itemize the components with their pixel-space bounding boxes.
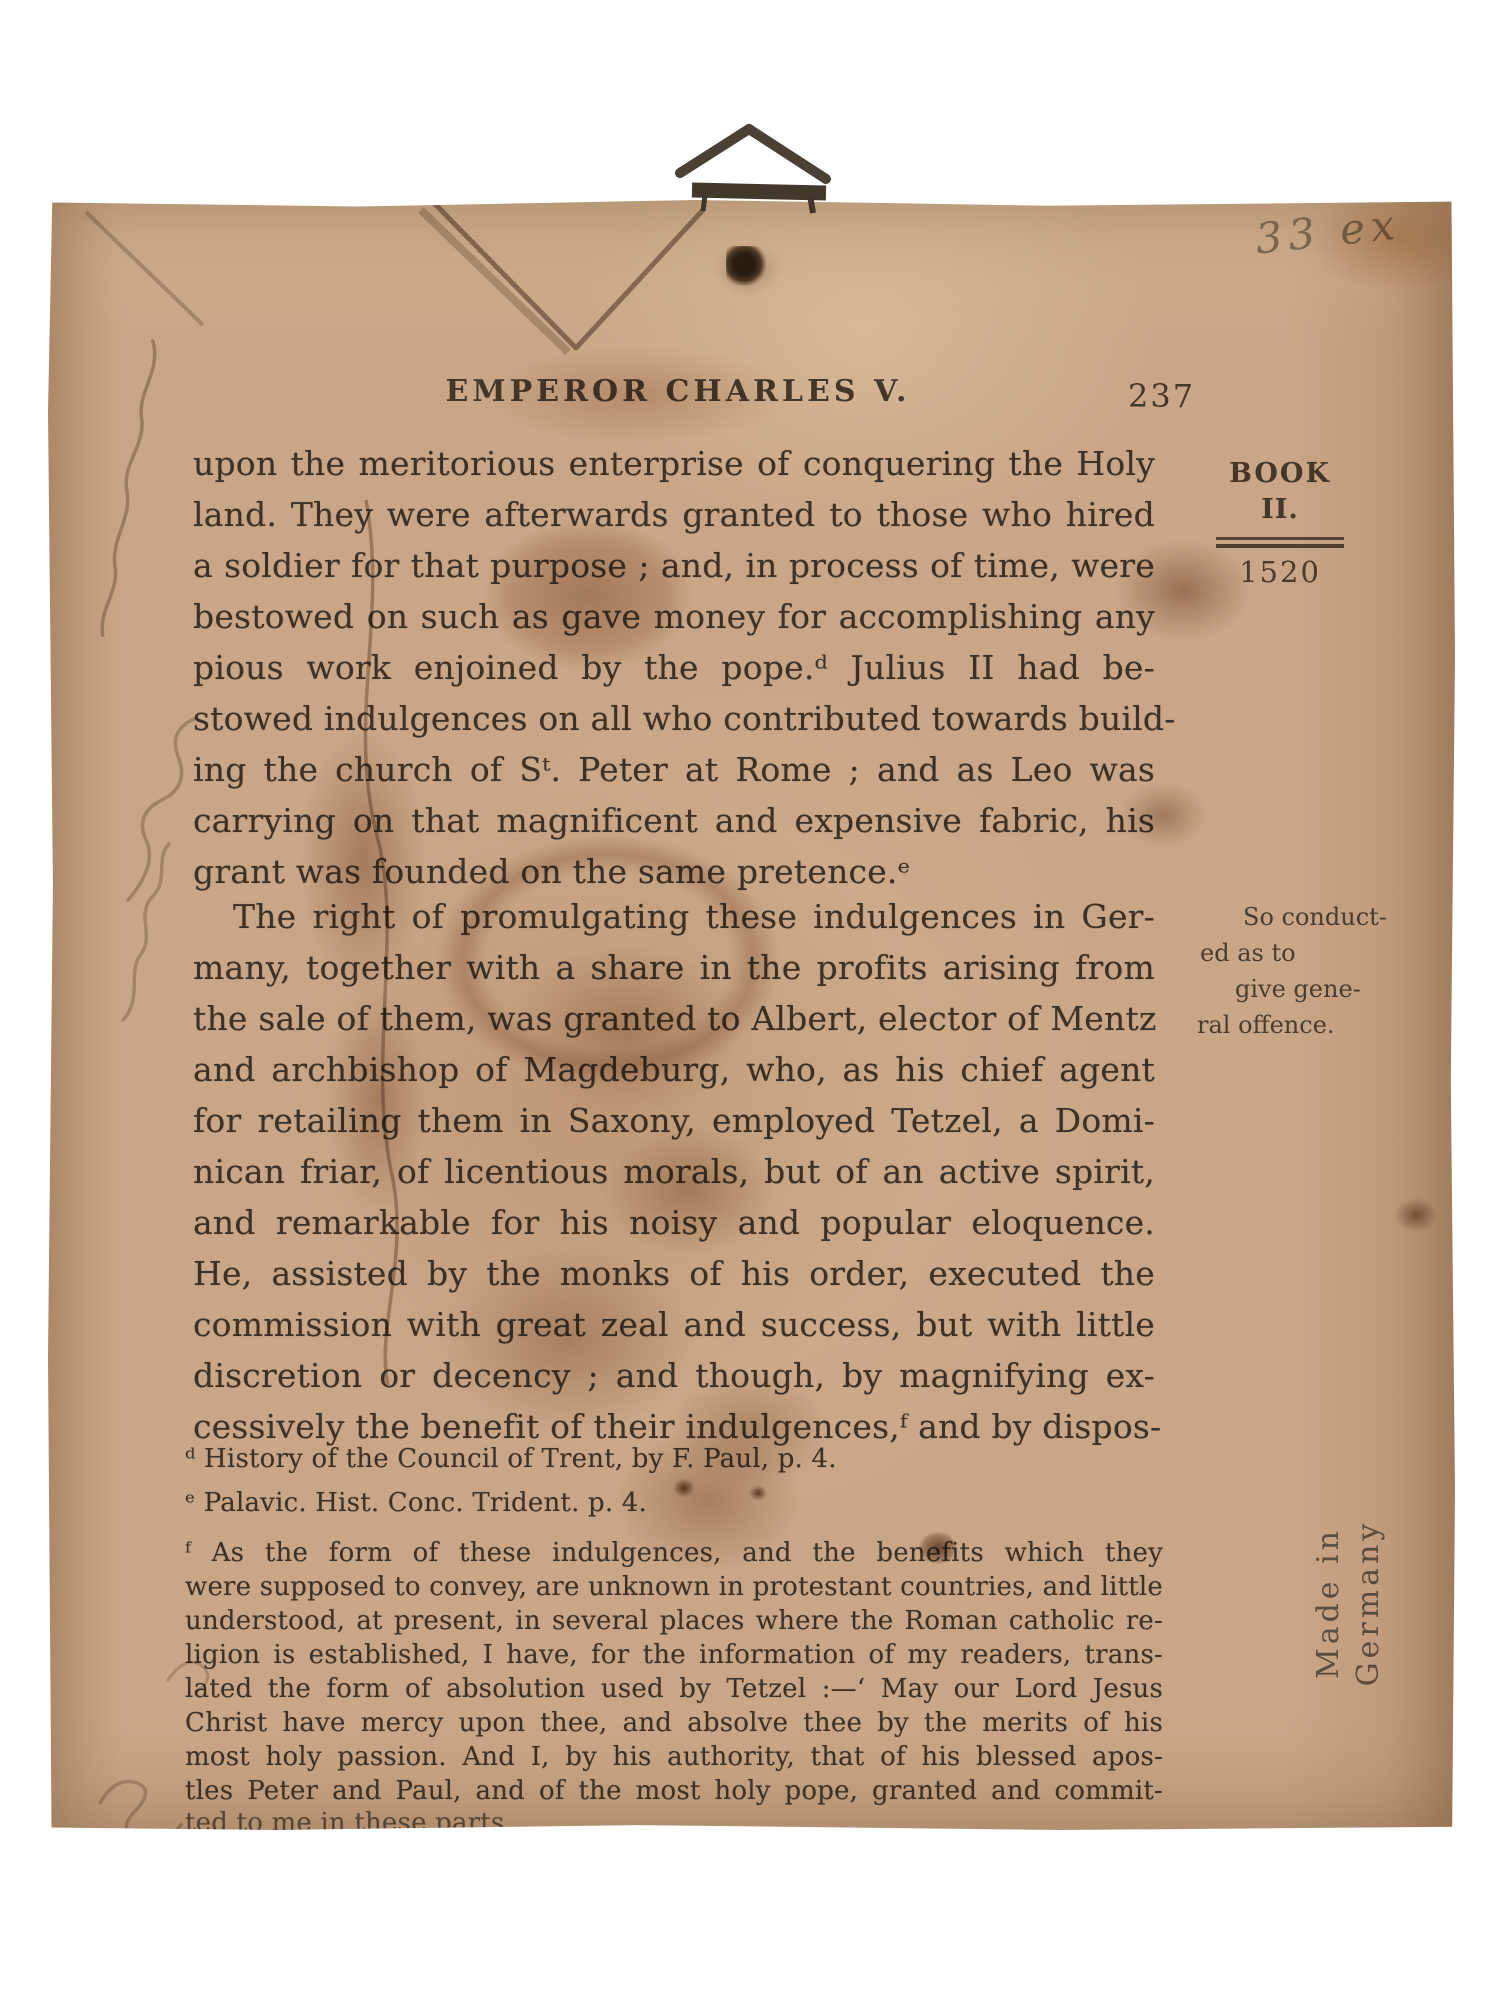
footnote-line: most holy passion. And I, by his authori… [185,1740,1163,1774]
text-line: upon the meritorious enterprise of conqu… [193,438,1155,489]
footnote-cutoff-line: ted to me in these parts, . . . [185,1806,1163,1830]
text-line: and remarkable for his noisy and popular… [193,1197,1155,1248]
margin-year: 1520 [1222,552,1338,592]
footnote-line: lated the form of absolution used by Tet… [185,1672,1163,1706]
footnote-line: understood, at present, in several place… [185,1604,1163,1638]
side-note-line: ral offence. [1197,1007,1412,1043]
text-line: bestowed on such as gave money for accom… [193,591,1155,642]
text-line: discretion or decency ; and though, by m… [193,1350,1155,1401]
margin-side-note: So conduct- ed as to give gene- ral offe… [1197,899,1412,1043]
picture-hanger-icon [650,115,870,225]
text-line: a soldier for that purpose ; and, in pro… [193,540,1155,591]
framed-book-page-photo: 33 ex EMPEROR CHARLES V. 237 BOOK II. 15… [0,0,1500,2000]
handwritten-number: 33 ex [1253,200,1455,263]
book-page-backing: 33 ex EMPEROR CHARLES V. 237 BOOK II. 15… [48,200,1455,1830]
side-note-line: give gene- [1197,971,1412,1007]
text-line: stowed indulgences on all who contribute… [193,693,1155,744]
footnote-d: ᵈ History of the Council of Trent, by F.… [185,1442,1163,1476]
text-line: the sale of them, was granted to Albert,… [193,993,1155,1044]
text-line: pious work enjoined by the pope.ᵈ Julius… [193,642,1155,693]
text-line: grant was founded on the same pretence.ᵉ [193,846,1155,897]
side-note-line: So conduct- [1197,899,1412,935]
footnote-e: ᵉ Palavic. Hist. Conc. Trident. p. 4. [185,1486,1163,1520]
body-paragraph-1: upon the meritorious enterprise of conqu… [193,438,1155,897]
footnote-line: Christ have mercy upon thee, and absolve… [185,1706,1163,1740]
text-line: for retailing them in Saxony, employed T… [193,1095,1155,1146]
body-paragraph-2: The right of promulgating these indulgen… [193,891,1155,1452]
text-line: ing the church of Sᵗ. Peter at Rome ; an… [193,744,1155,795]
text-line: many, together with a share in the profi… [193,942,1155,993]
made-in-germany-stamp: Made in Germany [1309,1443,1349,1763]
side-note-line: ed as to [1197,935,1412,971]
text-line: and archbishop of Magdeburg, who, as his… [193,1044,1155,1095]
margin-book-numeral: II. [1222,492,1338,528]
text-line: commission with great zeal and success, … [193,1299,1155,1350]
running-title: EMPEROR CHARLES V. [378,372,978,412]
footnote-f: ᶠ As the form of these indulgences, and … [185,1536,1163,1808]
text-line: nican friar, of licentious morals, but o… [193,1146,1155,1197]
footnote-line: were supposed to convey, are unknown in … [185,1570,1163,1604]
margin-double-rule [1216,537,1344,548]
footnote-line: ᶠ As the form of these indulgences, and … [185,1536,1163,1570]
text-line: The right of promulgating these indulgen… [193,891,1155,942]
text-line: carrying on that magnificent and expensi… [193,795,1155,846]
footnote-line: ligion is established, I have, for the i… [185,1638,1163,1672]
nail-hole [726,246,766,286]
footnote-line: tles Peter and Paul, and of the most hol… [185,1774,1163,1808]
margin-book-label: BOOK [1222,456,1338,492]
text-line: He, assisted by the monks of his order, … [193,1248,1155,1299]
text-line: land. They were afterwards granted to th… [193,489,1155,540]
page-number: 237 [1128,376,1258,416]
